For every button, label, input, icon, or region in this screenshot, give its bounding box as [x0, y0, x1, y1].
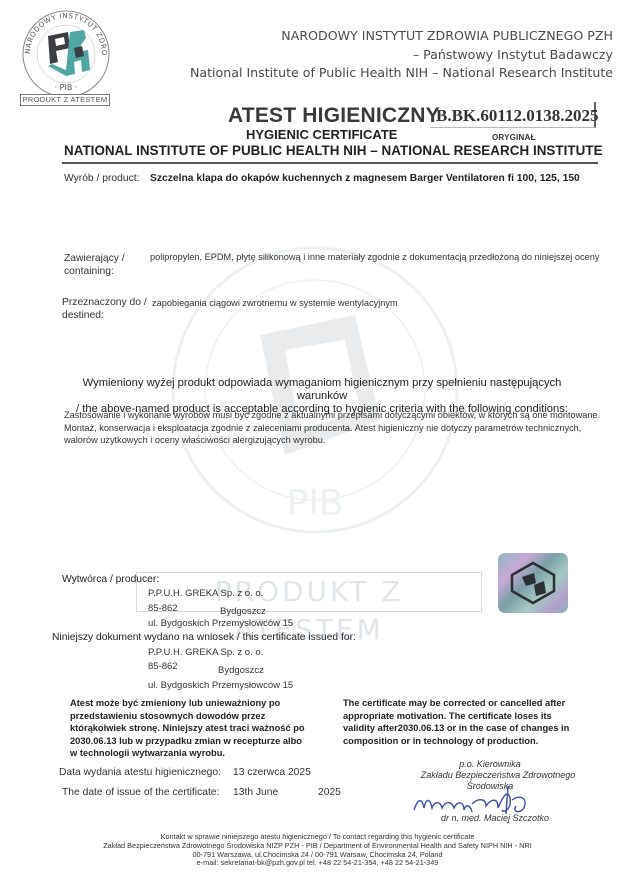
issued-for-label: Niniejszy dokument wydano na wniosek / t… [52, 632, 356, 643]
signatory-name: dr n. med. Maciej Szczotko [420, 813, 570, 823]
producer-name: P.P.U.H. GREKA Sp. z o. o. [148, 587, 263, 600]
validity-note-pl: Atest może być zmieniony lub unieważnion… [70, 697, 310, 760]
issue-date-label-pl: Data wydania atestu higienicznego: [59, 767, 221, 778]
issue-date-value-pl: 13 czerwca 2025 [233, 767, 311, 778]
producer-label: Wytwórca / producer: [62, 574, 159, 585]
issued-for-name: P.P.U.H. GREKA Sp. z o. o. [148, 646, 263, 659]
institute-name-en-caps: NATIONAL INSTITUTE OF PUBLIC HEALTH NIH … [64, 143, 603, 158]
conditions-heading-pl: Wymieniony wyżej produkt odpowiada wymag… [62, 377, 582, 403]
institute-name-en: National Institute of Public Health NIH … [190, 63, 613, 82]
pzh-hologram-icon [510, 561, 556, 605]
signatory-role: p.o. Kierownika [420, 759, 560, 769]
product-value: Szczelna klapa do okapów kuchennych z ma… [150, 171, 590, 186]
institute-name-pl: NARODOWY INSTYTUT ZDROWIA PUBLICZNEGO PZ… [281, 26, 613, 45]
hologram-seal [498, 553, 568, 613]
svg-text:PIB: PIB [286, 483, 343, 524]
certificate-title: ATEST HIGIENICZNY [228, 104, 440, 128]
producer-street: ul. Bydgoskich Przemysłowców 15 [148, 617, 293, 630]
validity-note-en: The certificate may be corrected or canc… [343, 697, 583, 747]
issued-for-city: Bydgoszcz [218, 664, 264, 677]
produkt-z-atestem-badge: PRODUKT Z ATESTEM [20, 94, 110, 106]
footer-line-4: e-mail: sekretariat-bk@pzh.gov.pl tel. +… [0, 859, 635, 868]
issue-date-value-en: 13th June [233, 787, 278, 798]
signatory-department: Zakładu Bezpieczeństwa Zdrowotnego [398, 770, 598, 780]
destined-value: zapobiegania ciągowi zwrotnemu w systemi… [152, 297, 398, 310]
certificate-subtitle: HYGIENIC CERTIFICATE [246, 127, 397, 142]
pib-text: · PIB · [55, 83, 78, 92]
product-label: Wyrób / product: [64, 172, 139, 185]
conditions-body: Zastosowanie i wykonanie wyrobów musi by… [64, 409, 604, 447]
producer-postal-code: 85-862 [148, 602, 178, 615]
pzh-logo: NARODOWY INSTYTUT ZDROWIA PUBLICZNEGO · … [18, 8, 114, 108]
containing-value: polipropylen, EPDM, płytę silikonową i i… [150, 251, 600, 264]
original-label: ORYGINAŁ [492, 133, 536, 142]
issue-date-year-en: 2025 [318, 787, 341, 798]
issued-for-street: ul. Bydgoskich Przemysłowców 15 [148, 679, 293, 692]
institute-subtitle-pl: – Państwowy Instytut Badawczy [413, 45, 613, 64]
destined-label: Przeznaczony do / destined: [62, 296, 152, 322]
issue-date-label-en: The date of issue of the certificate: [62, 787, 219, 798]
contact-footer: Kontakt w sprawie niniejszego atestu hig… [0, 833, 635, 868]
containing-label: Zawierający / containing: [64, 252, 154, 278]
issued-for-postal-code: 85-862 [148, 660, 178, 673]
header-divider [62, 162, 598, 164]
certificate-number: B.BK.60112.0138.2025 [436, 106, 598, 126]
